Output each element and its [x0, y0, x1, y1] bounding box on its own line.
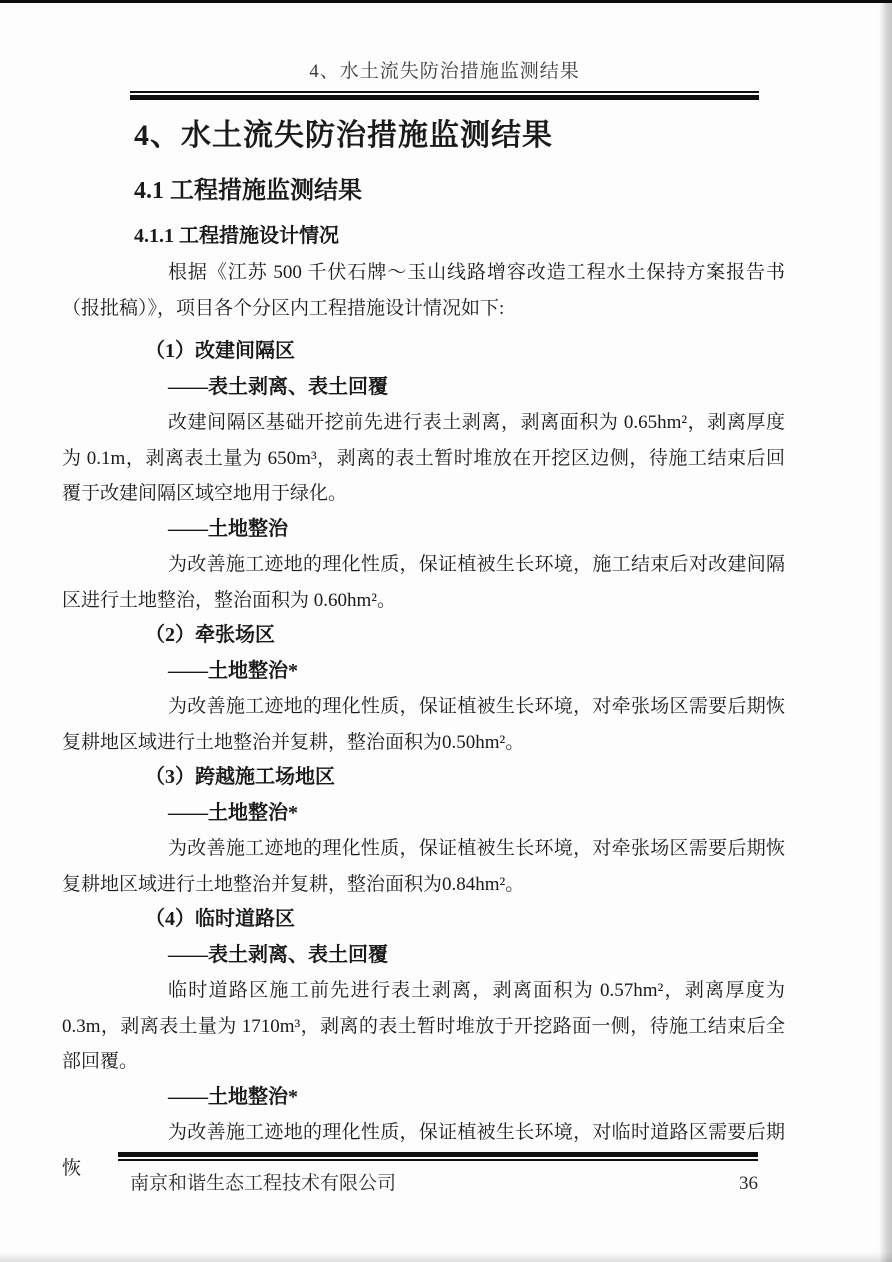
running-header-title: 4、水土流失防治措施监测结果	[130, 56, 759, 83]
chapter-heading: 4、水土流失防治措施监测结果	[134, 116, 785, 156]
zone-heading: （4）临时道路区	[145, 902, 785, 938]
section-heading: 4.1 工程措施监测结果	[134, 176, 785, 206]
scan-edge-top	[0, 0, 892, 3]
measure-paragraph: 为改善施工迹地的理化性质，保证植被生长环境，对牵张场区需要后期恢复耕地区域进行土…	[62, 689, 785, 760]
header-double-rule	[130, 91, 759, 100]
measure-subheading: ——表土剥离、表土回覆	[168, 370, 785, 406]
zone-section: （4）临时道路区 ——表土剥离、表土回覆 临时道路区施工前先进行表土剥离，剥离面…	[62, 902, 785, 1186]
zone-section: （2）牵张场区 ——土地整治* 为改善施工迹地的理化性质，保证植被生长环境，对牵…	[62, 618, 785, 760]
measure-subheading: ——土地整治	[168, 512, 785, 548]
measure-paragraph: 临时道路区施工前先进行表土剥离，剥离面积为 0.57hm²，剥离厚度为 0.3m…	[62, 973, 785, 1080]
document-page: 4、水土流失防治措施监测结果 4、水土流失防治措施监测结果 4.1 工程措施监测…	[0, 0, 892, 1262]
footer-double-rule	[118, 1152, 758, 1161]
measure-paragraph: 为改善施工迹地的理化性质，保证植被生长环境，施工结束后对改建间隔区进行土地整治，…	[62, 547, 785, 618]
page-footer: 南京和谐生态工程技术有限公司 36	[118, 1152, 758, 1195]
scan-edge-right	[879, 0, 892, 1262]
zone-heading: （1）改建间隔区	[145, 334, 785, 370]
measure-subheading: ——表土剥离、表土回覆	[168, 938, 785, 974]
page-body: 4、水土流失防治措施监测结果 4.1 工程措施监测结果 4.1.1 工程措施设计…	[62, 110, 785, 1186]
subsection-heading: 4.1.1 工程措施设计情况	[134, 223, 785, 249]
zone-heading: （3）跨越施工场地区	[145, 760, 785, 796]
zone-section: （1）改建间隔区 ——表土剥离、表土回覆 改建间隔区基础开挖前先进行表土剥离，剥…	[62, 334, 785, 618]
zones-list: （1）改建间隔区 ——表土剥离、表土回覆 改建间隔区基础开挖前先进行表土剥离，剥…	[62, 334, 785, 1186]
intro-paragraph: 根据《江苏 500 千伏石牌～玉山线路增容改造工程水土保持方案报告书（报批稿）》…	[62, 255, 785, 326]
measure-subheading: ——土地整治*	[168, 1080, 785, 1116]
measure-subheading: ——土地整治*	[168, 654, 785, 690]
footer-page-number: 36	[739, 1173, 758, 1195]
measure-paragraph: 改建间隔区基础开挖前先进行表土剥离，剥离面积为 0.65hm²，剥离厚度为 0.…	[62, 405, 785, 512]
zone-section: （3）跨越施工场地区 ——土地整治* 为改善施工迹地的理化性质，保证植被生长环境…	[62, 760, 785, 902]
zone-heading: （2）牵张场区	[145, 618, 785, 654]
scan-edge-bottom	[0, 1252, 892, 1262]
footer-company-name: 南京和谐生态工程技术有限公司	[118, 1168, 396, 1195]
measure-paragraph: 为改善施工迹地的理化性质，保证植被生长环境，对牵张场区需要后期恢复耕地区域进行土…	[62, 831, 785, 902]
measure-subheading: ——土地整治*	[168, 796, 785, 832]
